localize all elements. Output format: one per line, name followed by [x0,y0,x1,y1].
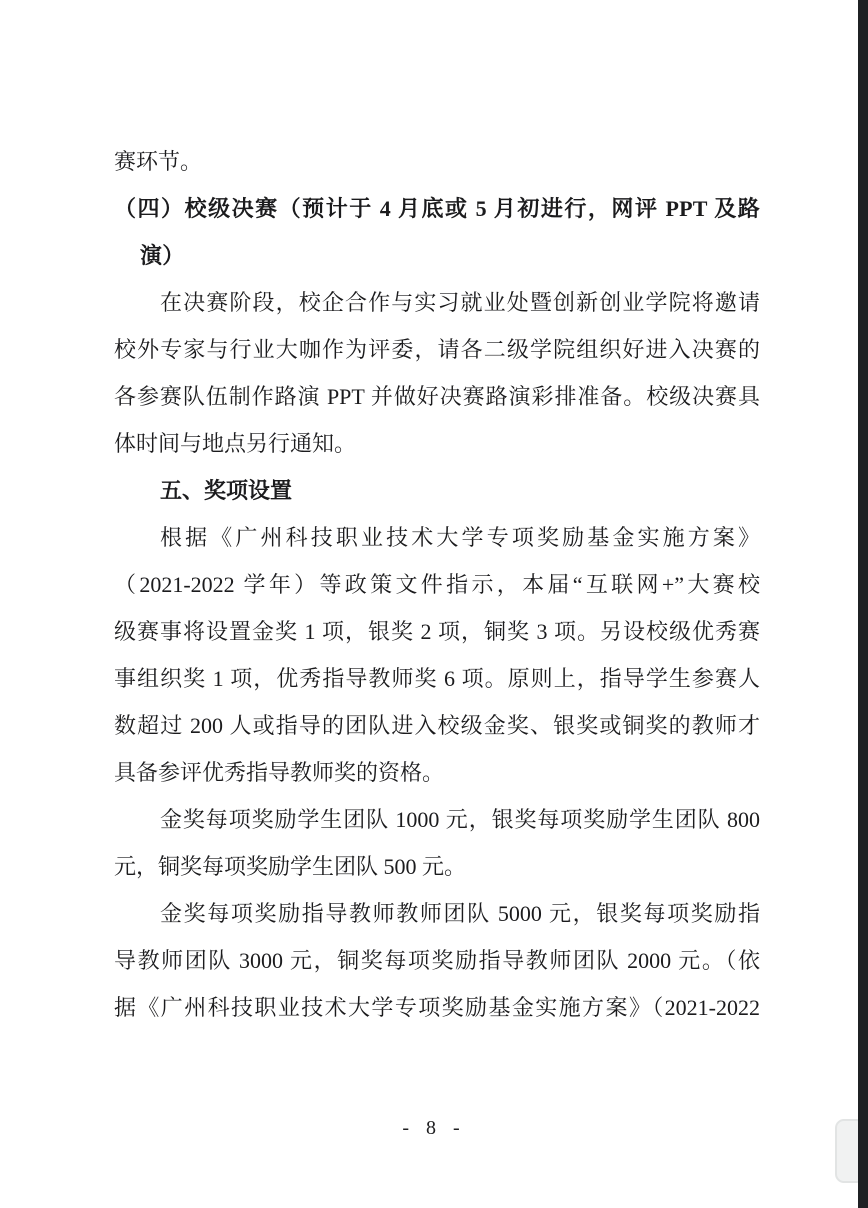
paragraph-line: 级赛事将设置金奖 1 项，银奖 2 项，铜奖 3 项。另设校级优秀赛 [114,608,760,655]
document-body: 赛环节。 （四）校级决赛（预计于 4 月底或 5 月初进行，网评 PPT 及路 … [114,138,760,1031]
page-number: - 8 - [0,1112,868,1144]
paragraph-line: 事组织奖 1 项，优秀指导教师奖 6 项。原则上，指导学生参赛人 [114,655,760,702]
paragraph-line: 根据《广州科技职业技术大学专项奖励基金实施方案》 [114,514,760,561]
paragraph-line: 数超过 200 人或指导的团队进入校级金奖、银奖或铜奖的教师才 [114,702,760,749]
section5-heading: 五、奖项设置 [114,467,760,514]
paragraph-line: 在决赛阶段，校企合作与实习就业处暨创新创业学院将邀请 [114,279,760,326]
section4-heading-line: （四）校级决赛（预计于 4 月底或 5 月初进行，网评 PPT 及路 [114,185,760,232]
paragraph-line: 赛环节。 [114,138,760,185]
section4-heading-line: 演） [114,232,760,279]
paragraph-line: 导教师团队 3000 元，铜奖每项奖励指导教师团队 2000 元。（依 [114,937,760,984]
paragraph-line: 金奖每项奖励指导教师教师团队 5000 元，银奖每项奖励指 [114,890,760,937]
paragraph-line: 据《广州科技职业技术大学专项奖励基金实施方案》（2021-2022 [114,984,760,1031]
paragraph-line: 具备参评优秀指导教师奖的资格。 [114,749,760,796]
paragraph-line: 金奖每项奖励学生团队 1000 元，银奖每项奖励学生团队 800 [114,796,760,843]
paragraph-line: 元，铜奖每项奖励学生团队 500 元。 [114,843,760,890]
paragraph-line: 校外专家与行业大咖作为评委，请各二级学院组织好进入决赛的 [114,326,760,373]
document-page: 赛环节。 （四）校级决赛（预计于 4 月底或 5 月初进行，网评 PPT 及路 … [0,0,868,1208]
paragraph-line: 各参赛队伍制作路演 PPT 并做好决赛路演彩排准备。校级决赛具 [114,373,760,420]
paragraph-line: 体时间与地点另行通知。 [114,420,760,467]
paragraph-line: （2021-2022 学年）等政策文件指示，本届“互联网+”大赛校 [114,561,760,608]
right-edge-bar [858,0,868,1208]
